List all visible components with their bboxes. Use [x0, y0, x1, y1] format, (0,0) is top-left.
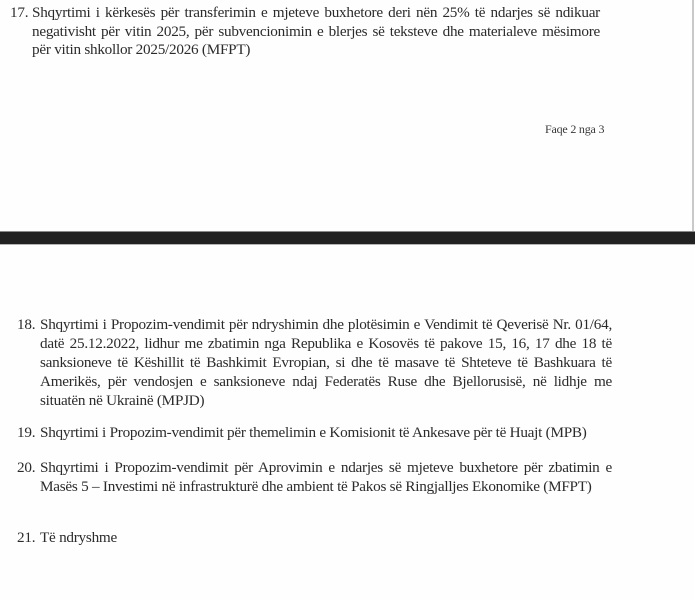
- page-number: Faqe 2 nga 3: [545, 122, 604, 137]
- page-separator: [0, 231, 695, 245]
- agenda-item-number: 19.: [17, 424, 35, 443]
- document-page-3: 18. Shqyrtimi i Propozim-vendimit për nd…: [0, 245, 695, 600]
- agenda-item-18: 18. Shqyrtimi i Propozim-vendimit për nd…: [17, 315, 612, 410]
- agenda-item-17: 17. Shqyrtimi i kërkesës për transferimi…: [10, 4, 600, 60]
- agenda-item-number: 17.: [10, 4, 28, 23]
- agenda-item-text: Shqyrtimi i Propozim-vendimit për Aprovi…: [40, 459, 612, 496]
- page-edge: [692, 0, 694, 231]
- agenda-item-text: Të ndryshme: [40, 529, 612, 548]
- agenda-item-20: 20. Shqyrtimi i Propozim-vendimit për Ap…: [17, 459, 612, 496]
- agenda-item-text: Shqyrtimi i Propozim-vendimit për themel…: [40, 424, 612, 443]
- agenda-item-number: 21.: [17, 529, 35, 548]
- agenda-item-text: Shqyrtimi i Propozim-vendimit për ndrysh…: [40, 315, 612, 410]
- agenda-item-21: 21. Të ndryshme: [17, 529, 612, 548]
- agenda-item-text: Shqyrtimi i kërkesës për transferimin e …: [32, 4, 600, 60]
- agenda-item-number: 18.: [17, 315, 35, 334]
- document-page-2: 17. Shqyrtimi i kërkesës për transferimi…: [0, 0, 695, 231]
- agenda-item-number: 20.: [17, 459, 35, 478]
- agenda-item-19: 19. Shqyrtimi i Propozim-vendimit për th…: [17, 424, 612, 443]
